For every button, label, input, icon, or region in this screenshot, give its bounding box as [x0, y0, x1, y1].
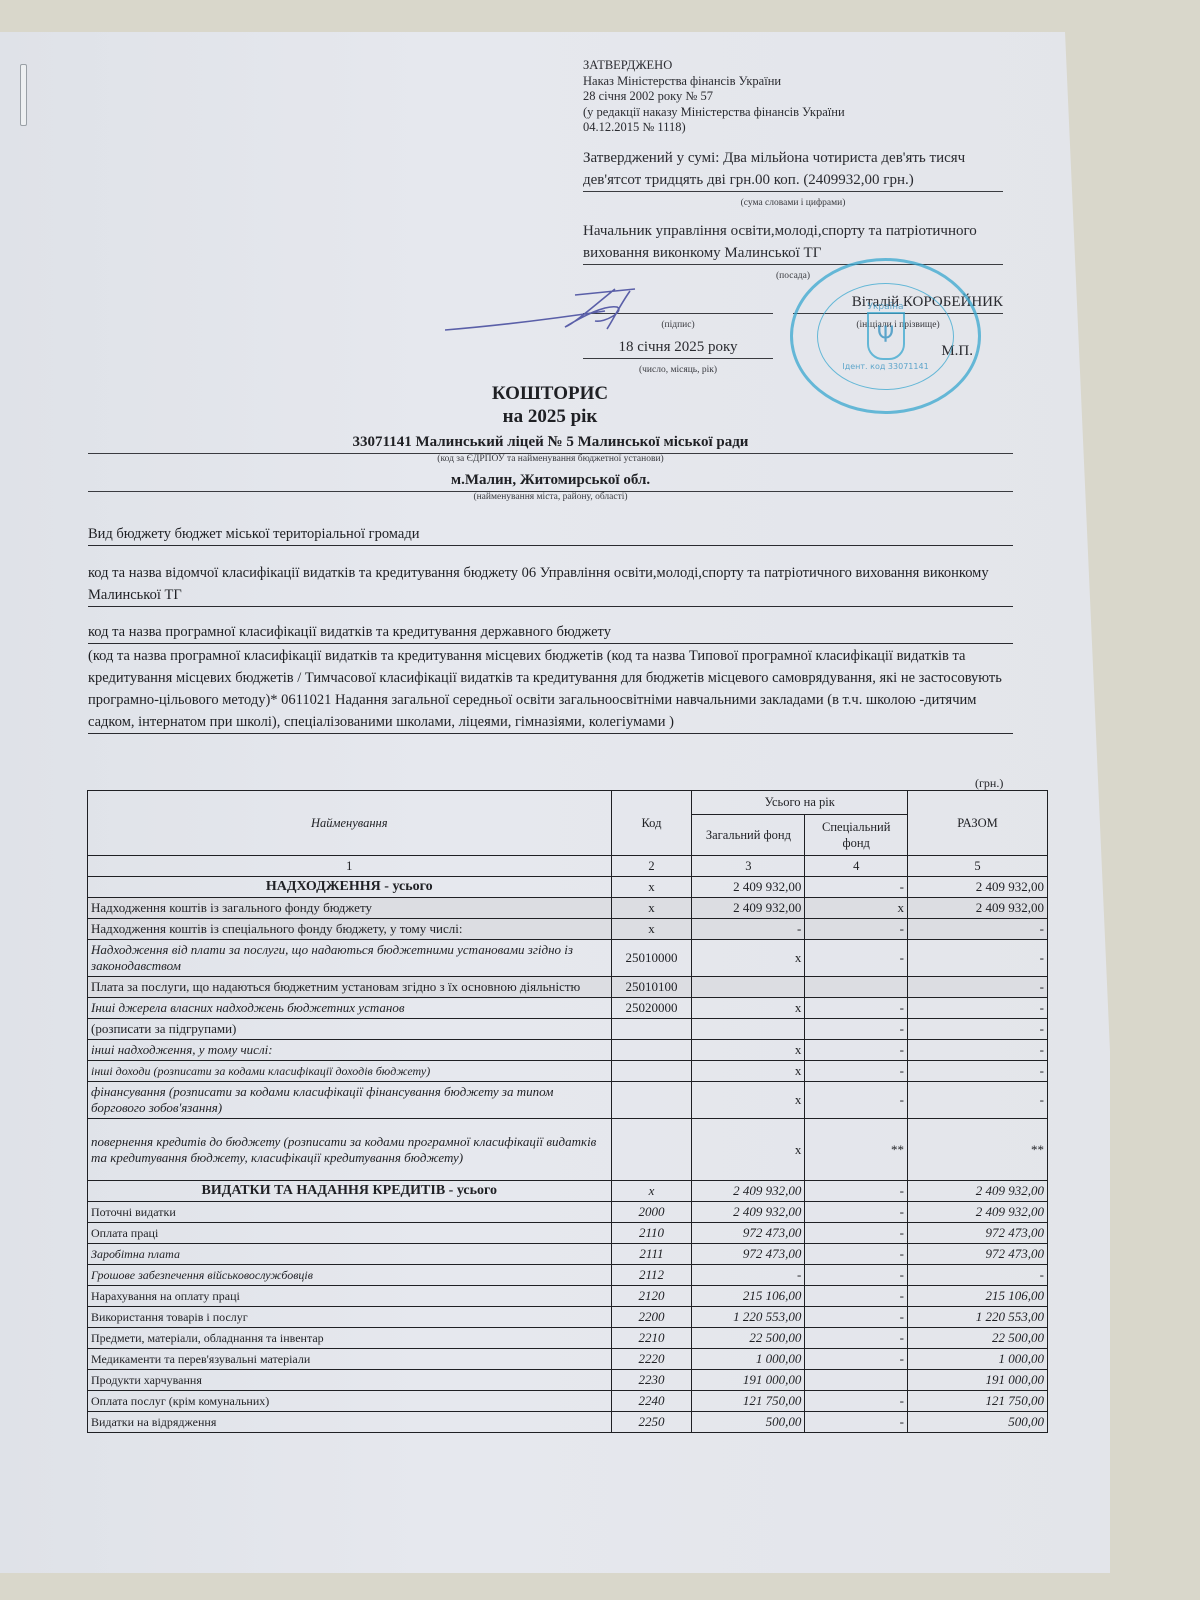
cell-name: НАДХОДЖЕННЯ - усього — [88, 877, 612, 898]
approved-sum-caption: (сума словами і цифрами) — [583, 192, 1003, 214]
cell-name: Оплата праці — [88, 1223, 612, 1244]
cell-code: 2111 — [611, 1244, 692, 1265]
signer-position: Начальник управління освіти,молоді,спорт… — [583, 220, 1003, 265]
table-row: Медикаменти та перев'язувальні матеріали… — [88, 1349, 1048, 1370]
cell-total: - — [908, 1019, 1048, 1040]
cell-total: ** — [908, 1119, 1048, 1181]
cell-name: Медикаменти та перев'язувальні матеріали — [88, 1349, 612, 1370]
cell-total: 972 473,00 — [908, 1244, 1048, 1265]
currency-unit: (грн.) — [975, 776, 1003, 791]
cell-special: - — [805, 1223, 908, 1244]
cell-code: 2110 — [611, 1223, 692, 1244]
cell-special: - — [805, 1244, 908, 1265]
cell-code: x — [611, 919, 692, 940]
cell-total: 972 473,00 — [908, 1223, 1048, 1244]
table-row: (розписати за підгрупами)-- — [88, 1019, 1048, 1040]
cell-code: 2240 — [611, 1391, 692, 1412]
cell-name: Надходження від плати за послуги, що над… — [88, 940, 612, 977]
cell-code: 2230 — [611, 1370, 692, 1391]
cell-special: ** — [805, 1119, 908, 1181]
cell-name: Плата за послуги, що надаються бюджетним… — [88, 977, 612, 998]
budget-type: Вид бюджету бюджет міської територіально… — [88, 523, 1013, 546]
cell-special: - — [805, 919, 908, 940]
table-row: Використання товарів і послуг22001 220 5… — [88, 1307, 1048, 1328]
header-special-fund: Спеціальний фонд — [805, 814, 908, 855]
cell-general: 972 473,00 — [692, 1223, 805, 1244]
cell-code — [611, 1019, 692, 1040]
cell-name: інші доходи (розписати за кодами класифі… — [88, 1061, 612, 1082]
cell-special — [805, 977, 908, 998]
table-row: НАДХОДЖЕННЯ - усьогоx2 409 932,00-2 409 … — [88, 877, 1048, 898]
column-number: 2 — [611, 856, 692, 877]
cell-code: 2250 — [611, 1412, 692, 1433]
cell-special: - — [805, 877, 908, 898]
column-number: 4 — [805, 856, 908, 877]
table-row: Інші джерела власних надходжень бюджетни… — [88, 998, 1048, 1019]
cell-name: Нарахування на оплату праці — [88, 1286, 612, 1307]
cell-general: x — [692, 1061, 805, 1082]
cell-code: 2112 — [611, 1265, 692, 1286]
cell-special: - — [805, 998, 908, 1019]
table-row: Плата за послуги, що надаються бюджетним… — [88, 977, 1048, 998]
cell-code: 2210 — [611, 1328, 692, 1349]
cell-general: x — [692, 1040, 805, 1061]
cell-general: 191 000,00 — [692, 1370, 805, 1391]
cell-total: 1 000,00 — [908, 1349, 1048, 1370]
cell-general: - — [692, 919, 805, 940]
cell-general: x — [692, 998, 805, 1019]
institution-caption: (код за ЄДРПОУ та найменування бюджетної… — [88, 454, 1013, 464]
header-total: РАЗОМ — [908, 791, 1048, 856]
approval-date: 18 січня 2025 року — [583, 336, 773, 359]
cell-name: повернення кредитів до бюджету (розписат… — [88, 1119, 612, 1181]
cell-code: x — [611, 1181, 692, 1202]
approval-line: 04.12.2015 № 1118) — [583, 120, 845, 136]
approval-line: ЗАТВЕРДЖЕНО — [583, 58, 845, 74]
column-number: 1 — [88, 856, 612, 877]
budget-table: Найменування Код Усього на рік РАЗОМ Заг… — [87, 790, 1048, 1433]
cell-special: - — [805, 1202, 908, 1223]
cell-name: фінансування (розписати за кодами класиф… — [88, 1082, 612, 1119]
cell-general: 22 500,00 — [692, 1328, 805, 1349]
cell-general: x — [692, 940, 805, 977]
cell-name: Продукти харчування — [88, 1370, 612, 1391]
approved-sum-text: Затверджений у сумі: Два мільйона чотири… — [583, 147, 1003, 192]
signature-icon — [445, 285, 685, 335]
cell-name: інші надходження, у тому числі: — [88, 1040, 612, 1061]
stamp-code: Ідент. код 33071141 — [842, 362, 928, 371]
cell-code: 25010100 — [611, 977, 692, 998]
local-program-classification: (код та назва програмної класифікації ви… — [88, 645, 1013, 734]
cell-special: - — [805, 1181, 908, 1202]
table-row: Поточні видатки20002 409 932,00-2 409 93… — [88, 1202, 1048, 1223]
cell-code — [611, 1119, 692, 1181]
cell-total: 500,00 — [908, 1412, 1048, 1433]
staple — [20, 64, 27, 126]
cell-general: 1 220 553,00 — [692, 1307, 805, 1328]
cell-total: - — [908, 919, 1048, 940]
cell-general: 1 000,00 — [692, 1349, 805, 1370]
cell-name: Видатки на відрядження — [88, 1412, 612, 1433]
cell-code — [611, 1082, 692, 1119]
cell-special: - — [805, 1307, 908, 1328]
city-caption: (найменування міста, району, області) — [88, 492, 1013, 502]
cell-special: - — [805, 940, 908, 977]
document-subtitle: на 2025 рік — [0, 406, 1100, 428]
cell-name: Заробітна плата — [88, 1244, 612, 1265]
cell-general: 121 750,00 — [692, 1391, 805, 1412]
header-year-total: Усього на рік — [692, 791, 908, 815]
cell-total: 191 000,00 — [908, 1370, 1048, 1391]
cell-general: 2 409 932,00 — [692, 898, 805, 919]
cell-special: x — [805, 898, 908, 919]
cell-special: - — [805, 1391, 908, 1412]
table-row: фінансування (розписати за кодами класиф… — [88, 1082, 1048, 1119]
cell-name: Надходження коштів із загального фонду б… — [88, 898, 612, 919]
table-row: Нарахування на оплату праці2120215 106,0… — [88, 1286, 1048, 1307]
cell-total: 121 750,00 — [908, 1391, 1048, 1412]
table-row: Продукти харчування2230191 000,00191 000… — [88, 1370, 1048, 1391]
table-row: Надходження від плати за послуги, що над… — [88, 940, 1048, 977]
departmental-classification: код та назва відомчої класифікації видат… — [88, 562, 1013, 607]
cell-total: - — [908, 1061, 1048, 1082]
cell-total: - — [908, 940, 1048, 977]
stamp-country: Україна — [867, 302, 903, 312]
cell-name: ВИДАТКИ ТА НАДАННЯ КРЕДИТІВ - усього — [88, 1181, 612, 1202]
trident-emblem-icon: Ψ — [867, 312, 905, 360]
table-row: Грошове забезпечення військовослужбовців… — [88, 1265, 1048, 1286]
cell-total: - — [908, 998, 1048, 1019]
cell-name: Грошове забезпечення військовослужбовців — [88, 1265, 612, 1286]
cell-special: - — [805, 1349, 908, 1370]
table-row: Надходження коштів із спеціального фонду… — [88, 919, 1048, 940]
cell-code: 25020000 — [611, 998, 692, 1019]
cell-general: 972 473,00 — [692, 1244, 805, 1265]
cell-name: Інші джерела власних надходжень бюджетни… — [88, 998, 612, 1019]
cell-total: 2 409 932,00 — [908, 1202, 1048, 1223]
cell-code: 2000 — [611, 1202, 692, 1223]
state-program-classification: код та назва програмної класифікації вид… — [88, 621, 1013, 644]
cell-name: Використання товарів і послуг — [88, 1307, 612, 1328]
table-row: ВИДАТКИ ТА НАДАННЯ КРЕДИТІВ - усьогоx2 4… — [88, 1181, 1048, 1202]
cell-general: - — [692, 1265, 805, 1286]
city-name: м.Малин, Житомирської обл. — [88, 464, 1013, 492]
approval-line: (у редакції наказу Міністерства фінансів… — [583, 105, 845, 121]
approval-header: ЗАТВЕРДЖЕНО Наказ Міністерства фінансів … — [583, 58, 845, 136]
table-row: Оплата праці2110972 473,00-972 473,00 — [88, 1223, 1048, 1244]
cell-special: - — [805, 1412, 908, 1433]
cell-general: 2 409 932,00 — [692, 877, 805, 898]
cell-code: 2120 — [611, 1286, 692, 1307]
cell-general — [692, 1019, 805, 1040]
cell-special: - — [805, 1082, 908, 1119]
cell-total: 215 106,00 — [908, 1286, 1048, 1307]
cell-name: Надходження коштів із спеціального фонду… — [88, 919, 612, 940]
header-name: Найменування — [88, 791, 612, 856]
cell-name: Оплата послуг (крім комунальних) — [88, 1391, 612, 1412]
column-number: 3 — [692, 856, 805, 877]
cell-total: - — [908, 1265, 1048, 1286]
cell-code: x — [611, 898, 692, 919]
cell-code — [611, 1040, 692, 1061]
cell-general: x — [692, 1082, 805, 1119]
column-number: 5 — [908, 856, 1048, 877]
table-row: Предмети, матеріали, обладнання та інвен… — [88, 1328, 1048, 1349]
cell-general — [692, 977, 805, 998]
cell-code — [611, 1061, 692, 1082]
cell-total: 22 500,00 — [908, 1328, 1048, 1349]
cell-special: - — [805, 1328, 908, 1349]
table-row: Видатки на відрядження2250500,00-500,00 — [88, 1412, 1048, 1433]
cell-total: - — [908, 1040, 1048, 1061]
table-row: Оплата послуг (крім комунальних)2240121 … — [88, 1391, 1048, 1412]
cell-name: Предмети, матеріали, обладнання та інвен… — [88, 1328, 612, 1349]
cell-code: 25010000 — [611, 940, 692, 977]
cell-total: 1 220 553,00 — [908, 1307, 1048, 1328]
cell-total: - — [908, 977, 1048, 998]
institution-name: 33071141 Малинський ліцей № 5 Малинської… — [88, 434, 1013, 454]
date-caption: (число, місяць, рік) — [583, 359, 773, 381]
header-code: Код — [611, 791, 692, 856]
table-row: Заробітна плата2111972 473,00-972 473,00 — [88, 1244, 1048, 1265]
cell-general: 2 409 932,00 — [692, 1202, 805, 1223]
cell-special — [805, 1370, 908, 1391]
cell-name: Поточні видатки — [88, 1202, 612, 1223]
document-title: КОШТОРИС — [0, 383, 1100, 405]
cell-special: - — [805, 1265, 908, 1286]
cell-total: 2 409 932,00 — [908, 877, 1048, 898]
table-row: інші надходження, у тому числі:x-- — [88, 1040, 1048, 1061]
approval-line: 28 січня 2002 року № 57 — [583, 89, 845, 105]
cell-special: - — [805, 1061, 908, 1082]
cell-special: - — [805, 1286, 908, 1307]
cell-special: - — [805, 1019, 908, 1040]
cell-general: x — [692, 1119, 805, 1181]
cell-total: 2 409 932,00 — [908, 898, 1048, 919]
cell-name: (розписати за підгрупами) — [88, 1019, 612, 1040]
cell-total: - — [908, 1082, 1048, 1119]
cell-code: 2200 — [611, 1307, 692, 1328]
table-row: інші доходи (розписати за кодами класифі… — [88, 1061, 1048, 1082]
cell-general: 500,00 — [692, 1412, 805, 1433]
approval-line: Наказ Міністерства фінансів України — [583, 74, 845, 90]
table-row: повернення кредитів до бюджету (розписат… — [88, 1119, 1048, 1181]
cell-code: 2220 — [611, 1349, 692, 1370]
cell-code: x — [611, 877, 692, 898]
cell-total: 2 409 932,00 — [908, 1181, 1048, 1202]
table-row: Надходження коштів із загального фонду б… — [88, 898, 1048, 919]
cell-general: 215 106,00 — [692, 1286, 805, 1307]
header-general-fund: Загальний фонд — [692, 814, 805, 855]
cell-general: 2 409 932,00 — [692, 1181, 805, 1202]
cell-special: - — [805, 1040, 908, 1061]
